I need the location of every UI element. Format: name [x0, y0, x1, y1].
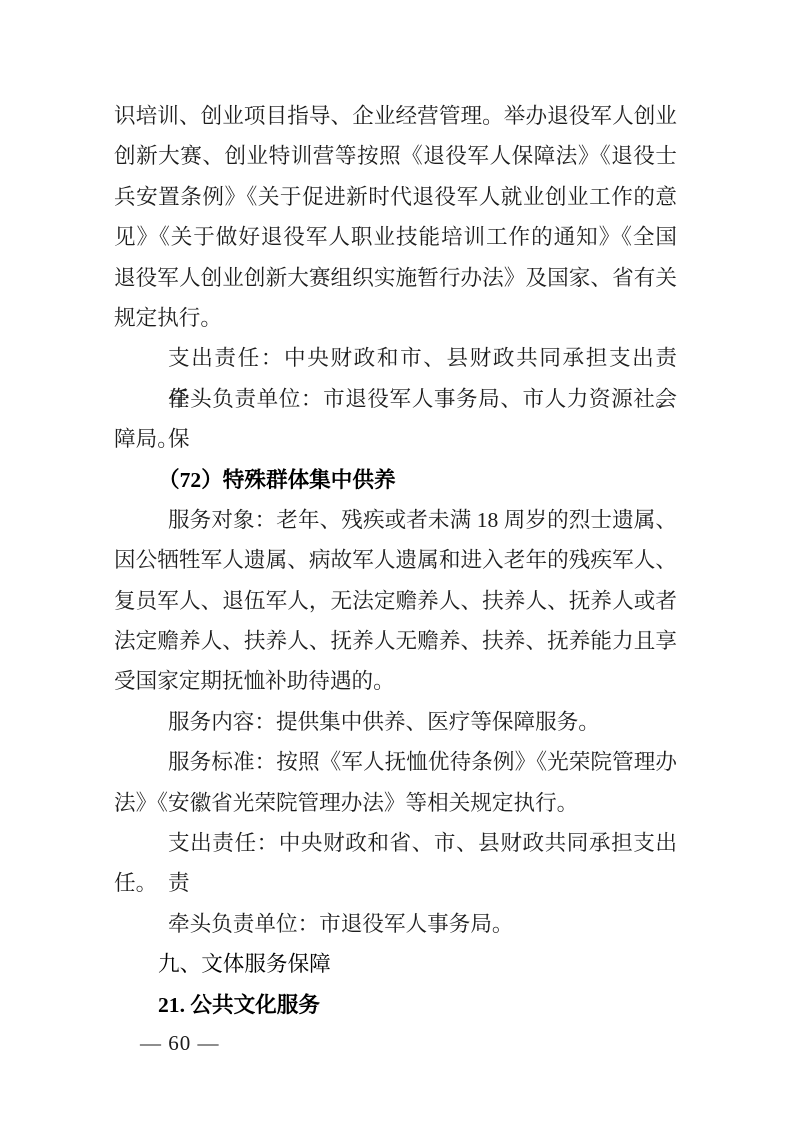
paragraph-line: 创新大赛、创业特训营等按照《退役军人保障法》《退役士: [114, 136, 677, 176]
service-standard-line: 服务标准：按照《军人抚恤优待条例》《光荣院管理办: [114, 742, 677, 782]
paragraph-line: 规定执行。: [114, 298, 677, 338]
expenditure-responsibility-line: 支出责任：中央财政和市、县财政共同承担支出责任。: [114, 338, 677, 378]
paragraph-line: 障局。: [114, 419, 677, 459]
chapter-heading-nine: 九、文体服务保障: [114, 944, 677, 984]
paragraph-line: 兵安置条例》《关于促进新时代退役军人就业创业工作的意: [114, 177, 677, 217]
service-target-line: 服务对象：老年、残疾或者未满 18 周岁的烈士遗属、: [114, 500, 677, 540]
paragraph-line: 复员军人、退伍军人，无法定赡养人、扶养人、抚养人或者: [114, 581, 677, 621]
paragraph-line: 法》《安徽省光荣院管理办法》等相关规定执行。: [114, 783, 677, 823]
lead-unit-line: 牵头负责单位：市退役军人事务局。: [114, 904, 677, 944]
paragraph-line: 识培训、创业项目指导、企业经营管理。举办退役军人创业: [114, 96, 677, 136]
paragraph-line: 见》《关于做好退役军人职业技能培训工作的通知》《全国: [114, 217, 677, 257]
section-heading-21: 21. 公共文化服务: [114, 985, 677, 1025]
document-body: 识培训、创业项目指导、企业经营管理。举办退役军人创业 创新大赛、创业特训营等按照…: [114, 96, 677, 1025]
paragraph-line: 任。: [114, 863, 677, 903]
lead-unit-line: 牵头负责单位：市退役军人事务局、市人力资源社会保: [114, 379, 677, 419]
expenditure-responsibility-line: 支出责任：中央财政和省、市、县财政共同承担支出责: [114, 823, 677, 863]
paragraph-line: 退役军人创业创新大赛组织实施暂行办法》及国家、省有关: [114, 258, 677, 298]
paragraph-line: 受国家定期抚恤补助待遇的。: [114, 661, 677, 701]
section-heading-72: （72）特殊群体集中供养: [114, 460, 677, 500]
page-number: — 60 —: [140, 1031, 220, 1055]
paragraph-line: 因公牺牲军人遗属、病故军人遗属和进入老年的残疾军人、: [114, 540, 677, 580]
document-page: 识培训、创业项目指导、企业经营管理。举办退役军人创业 创新大赛、创业特训营等按照…: [0, 0, 793, 1122]
service-content-line: 服务内容：提供集中供养、医疗等保障服务。: [114, 702, 677, 742]
paragraph-line: 法定赡养人、扶养人、抚养人无赡养、扶养、抚养能力且享: [114, 621, 677, 661]
